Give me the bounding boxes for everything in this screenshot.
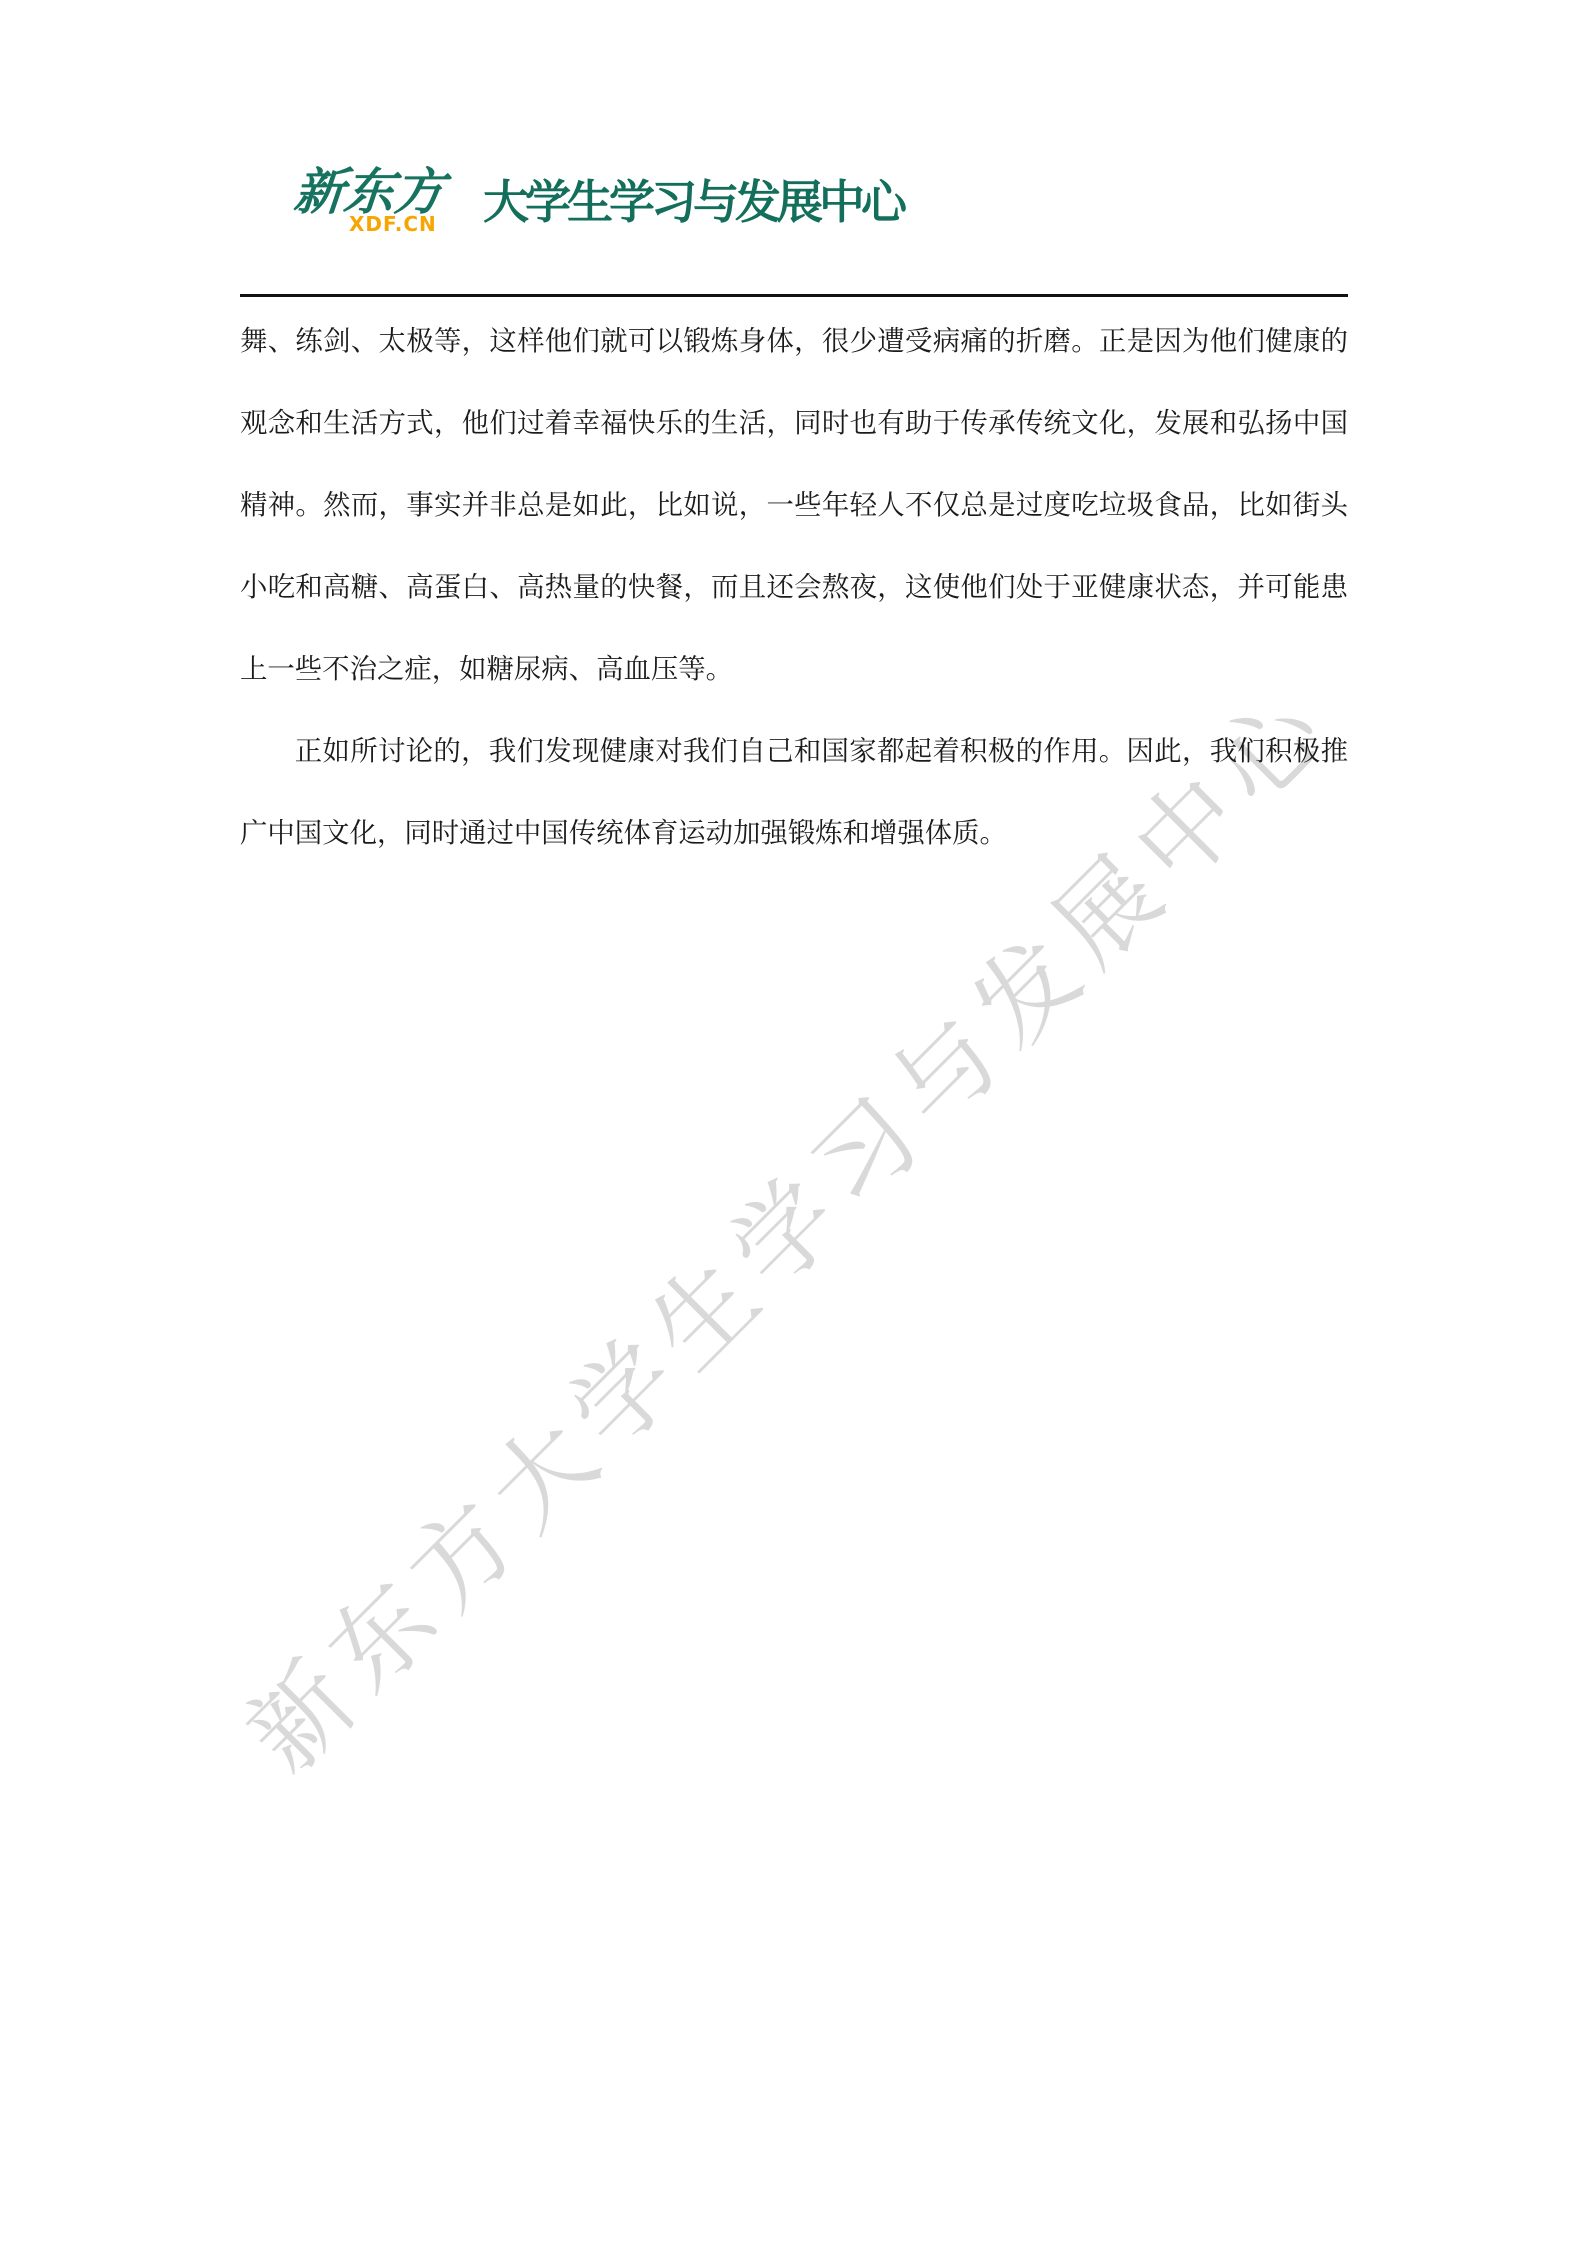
body-line: 精神。然而，事实并非总是如此，比如说，一些年轻人不仅总是过度吃垃圾食品，比如街头: [240, 465, 1348, 547]
body-line: 正如所讨论的，我们发现健康对我们自己和国家都起着积极的作用。因此，我们积极推: [240, 711, 1348, 793]
header-title: 大学生学习与发展中心: [483, 176, 903, 230]
body-line: 小吃和高糖、高蛋白、高热量的快餐，而且还会熬夜，这使他们处于亚健康状态，并可能患: [240, 547, 1348, 629]
document-page: 新东方大学生学习与发展中心 新东方 XDF.CN 大学生学习与发展中心 舞、练剑…: [0, 0, 1587, 2245]
body-line: 广中国文化，同时通过中国传统体育运动加强锻炼和增强体质。: [240, 793, 1348, 875]
body-line: 舞、练剑、太极等，这样他们就可以锻炼身体，很少遭受病痛的折磨。正是因为他们健康的: [240, 301, 1348, 383]
body-line: 上一些不治之症，如糖尿病、高血压等。: [240, 629, 1348, 711]
body-line: 观念和生活方式，他们过着幸福快乐的生活，同时也有助于传承传统文化，发展和弘扬中国: [240, 383, 1348, 465]
xdf-logo-domain: XDF.CN: [349, 214, 437, 234]
header-divider: [240, 294, 1348, 297]
document-body: 舞、练剑、太极等，这样他们就可以锻炼身体，很少遭受病痛的折磨。正是因为他们健康的…: [240, 301, 1348, 875]
